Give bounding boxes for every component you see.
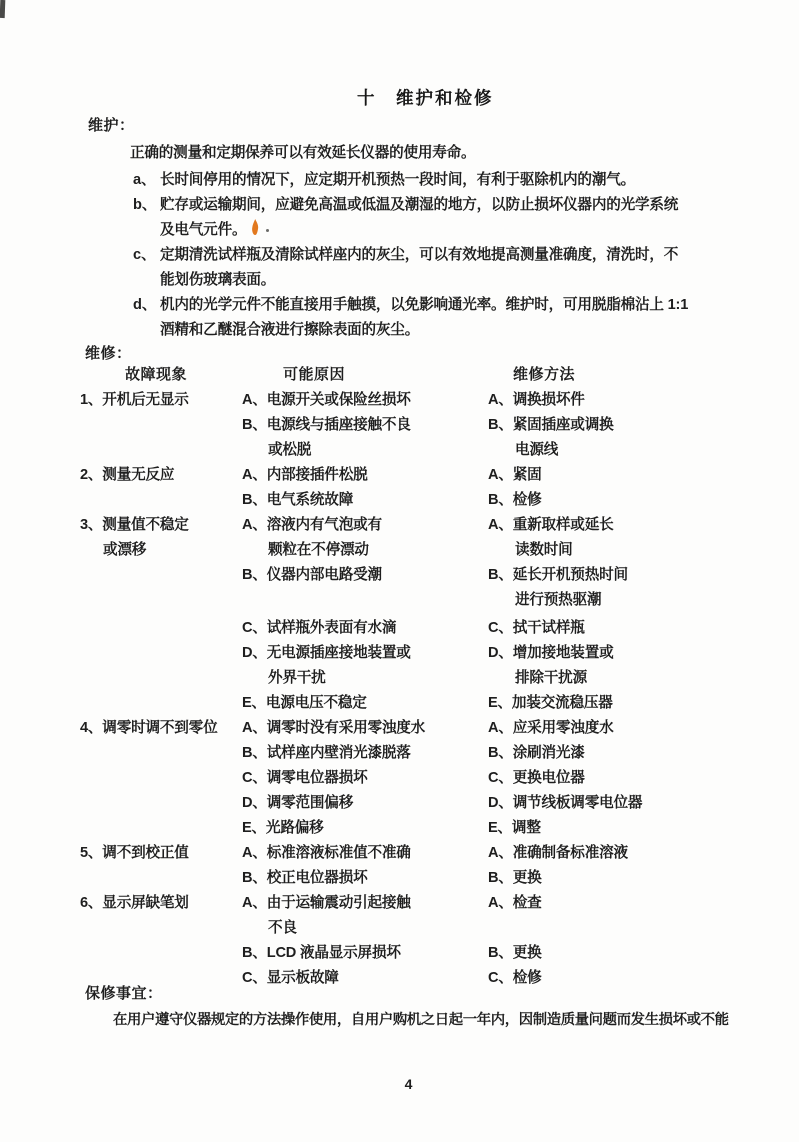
table-line: 6、显示屏缺笔划A、由于运输震动引起接触A、检查 <box>0 891 799 916</box>
repair-table: 1、开机后无显示A、电源开关或保险丝损坏A、调换损坏件B、电源线与插座接触不良B… <box>0 388 799 991</box>
fault-cell <box>80 588 242 613</box>
maintenance-item-a: a、长时间停用的情况下，应定期开机预热一段时间，有利于驱除机内的潮气。 <box>133 168 753 193</box>
cause-cell: D、无电源插座接地装置或 <box>242 641 488 666</box>
fault-cell: 4、调零时调不到零位 <box>80 716 242 741</box>
item-label: b、 <box>133 193 160 218</box>
fault-cell: 3、测量值不稳定 <box>80 513 242 538</box>
cause-cell: A、调零时没有采用零浊度水 <box>242 716 488 741</box>
cause-cell: B、电源线与插座接触不良 <box>242 413 488 438</box>
table-line: E、光路偏移E、调整 <box>0 816 799 841</box>
item-line: 长时间停用的情况下，应定期开机预热一段时间，有利于驱除机内的潮气。 <box>160 168 753 193</box>
table-line: B、仪器内部电路受潮B、延长开机预热时间 <box>0 563 799 588</box>
column-header-fault: 故障现象 <box>125 363 187 384</box>
fault-cell <box>80 691 242 716</box>
maintenance-item-c: c、定期清洗试样瓶及清除试样座内的灰尘，可以有效地提高测量准确度，清洗时，不能划… <box>133 243 753 293</box>
table-line: B、电气系统故障B、检修 <box>0 488 799 513</box>
cause-cell: B、校正电位器损坏 <box>242 866 488 891</box>
page-number: 4 <box>9 1076 799 1092</box>
maintenance-list: a、长时间停用的情况下，应定期开机预热一段时间，有利于驱除机内的潮气。b、贮存或… <box>133 168 753 343</box>
cause-cell: B、仪器内部电路受潮 <box>242 563 488 588</box>
table-line: 进行预热驱潮 <box>0 588 799 613</box>
fault-cell: 6、显示屏缺笔划 <box>80 891 242 916</box>
table-line: B、校正电位器损坏B、更换 <box>0 866 799 891</box>
method-cell: A、重新取样或延长 <box>488 513 799 538</box>
item-line: 机内的光学元件不能直接用手触摸，以免影响通光率。维护时，可用脱脂棉沾上 1:1 <box>160 293 753 318</box>
scan-artifact <box>0 0 5 18</box>
table-line: 外界干扰排除干扰源 <box>0 666 799 691</box>
item-label: d、 <box>133 293 160 318</box>
maintenance-item-b: b、贮存或运输期间，应避免高温或低温及潮湿的地方，以防止损坏仪器内的光学系统及电… <box>133 193 753 243</box>
table-line: 2、测量无反应A、内部接插件松脱A、紧固 <box>0 463 799 488</box>
fault-cell <box>80 563 242 588</box>
item-lines: 机内的光学元件不能直接用手触摸，以免影响通光率。维护时，可用脱脂棉沾上 1:1酒… <box>160 293 753 343</box>
warranty-heading: 保修事宜： <box>85 982 163 1003</box>
item-line: 酒精和乙醚混合液进行擦除表面的灰尘。 <box>160 318 753 343</box>
method-cell: A、检查 <box>488 891 799 916</box>
warranty-text: 在用户遵守仪器规定的方法操作使用，自用户购机之日起一年内，因制造质量问题而发生损… <box>113 1008 729 1029</box>
method-cell: E、调整 <box>488 816 799 841</box>
cause-cell: 外界干扰 <box>242 666 488 691</box>
method-cell: D、增加接地装置或 <box>488 641 799 666</box>
fault-cell <box>80 666 242 691</box>
method-cell: 电源线 <box>488 438 799 463</box>
cause-cell: E、光路偏移 <box>242 816 488 841</box>
repair-heading: 维修： <box>85 342 132 363</box>
fault-cell <box>80 941 242 966</box>
maintenance-item-d: d、机内的光学元件不能直接用手触摸，以免影响通光率。维护时，可用脱脂棉沾上 1:… <box>133 293 753 343</box>
item-line: 贮存或运输期间，应避免高温或低温及潮湿的地方，以防止损坏仪器内的光学系统 <box>160 193 753 218</box>
cause-cell: B、LCD 液晶显示屏损坏 <box>242 941 488 966</box>
method-cell: A、应采用零浊度水 <box>488 716 799 741</box>
table-line: 1、开机后无显示A、电源开关或保险丝损坏A、调换损坏件 <box>0 388 799 413</box>
fault-cell <box>80 413 242 438</box>
table-line: 3、测量值不稳定A、溶液内有气泡或有A、重新取样或延长 <box>0 513 799 538</box>
method-cell: B、更换 <box>488 941 799 966</box>
method-cell: A、准确制备标准溶液 <box>488 841 799 866</box>
column-header-method: 维修方法 <box>513 363 575 384</box>
cause-cell: 或松脱 <box>242 438 488 463</box>
cause-cell: 不良 <box>242 916 488 941</box>
item-line: 定期清洗试样瓶及清除试样座内的灰尘，可以有效地提高测量准确度，清洗时，不 <box>160 243 753 268</box>
item-lines: 定期清洗试样瓶及清除试样座内的灰尘，可以有效地提高测量准确度，清洗时，不能划伤玻… <box>160 243 753 293</box>
table-line: 5、调不到校正值A、标准溶液标准值不准确A、准确制备标准溶液 <box>0 841 799 866</box>
maintenance-intro: 正确的测量和定期保养可以有效延长仪器的使用寿命。 <box>130 141 475 162</box>
item-line: 能划伤玻璃表面。 <box>160 268 753 293</box>
cause-cell: C、显示板故障 <box>242 966 488 991</box>
table-line: C、试样瓶外表面有水滴C、拭干试样瓶 <box>0 616 799 641</box>
cause-cell <box>242 588 488 613</box>
scan-dot <box>266 229 269 232</box>
fault-cell <box>80 766 242 791</box>
fault-cell <box>80 488 242 513</box>
method-cell: C、拭干试样瓶 <box>488 616 799 641</box>
table-line: B、电源线与插座接触不良B、紧固插座或调换 <box>0 413 799 438</box>
fault-cell: 2、测量无反应 <box>80 463 242 488</box>
method-cell: D、调节线板调零电位器 <box>488 791 799 816</box>
cause-cell: A、内部接插件松脱 <box>242 463 488 488</box>
page-title: 十 维护和检修 <box>357 85 494 110</box>
fault-cell <box>80 916 242 941</box>
method-cell: 排除干扰源 <box>488 666 799 691</box>
table-line: E、电源电压不稳定E、加装交流稳压器 <box>0 691 799 716</box>
fault-cell: 1、开机后无显示 <box>80 388 242 413</box>
method-cell: B、紧固插座或调换 <box>488 413 799 438</box>
scanned-manual-page: 十 维护和检修 维护： 正确的测量和定期保养可以有效延长仪器的使用寿命。 a、长… <box>0 0 799 1142</box>
fault-cell <box>80 816 242 841</box>
cause-cell: B、试样座内壁消光漆脱落 <box>242 741 488 766</box>
table-line: B、试样座内壁消光漆脱落B、涂刷消光漆 <box>0 741 799 766</box>
cause-cell: 颗粒在不停漂动 <box>242 538 488 563</box>
cause-cell: C、试样瓶外表面有水滴 <box>242 616 488 641</box>
method-cell: A、紧固 <box>488 463 799 488</box>
table-line: D、调零范围偏移D、调节线板调零电位器 <box>0 791 799 816</box>
item-label: c、 <box>133 243 160 268</box>
fault-cell: 或漂移 <box>80 538 242 563</box>
method-cell: E、加装交流稳压器 <box>488 691 799 716</box>
table-line: 不良 <box>0 916 799 941</box>
cause-cell: B、电气系统故障 <box>242 488 488 513</box>
method-cell: B、更换 <box>488 866 799 891</box>
table-line: B、LCD 液晶显示屏损坏B、更换 <box>0 941 799 966</box>
maintenance-heading: 维护： <box>88 114 135 135</box>
cause-cell: A、标准溶液标准值不准确 <box>242 841 488 866</box>
cause-cell: A、电源开关或保险丝损坏 <box>242 388 488 413</box>
fault-cell <box>80 438 242 463</box>
fault-cell <box>80 791 242 816</box>
table-line: 或漂移颗粒在不停漂动读数时间 <box>0 538 799 563</box>
fault-cell <box>80 641 242 666</box>
item-lines: 贮存或运输期间，应避免高温或低温及潮湿的地方，以防止损坏仪器内的光学系统及电气元… <box>160 193 753 243</box>
method-cell: C、检修 <box>488 966 799 991</box>
cause-cell: C、调零电位器损坏 <box>242 766 488 791</box>
method-cell: B、延长开机预热时间 <box>488 563 799 588</box>
item-lines: 长时间停用的情况下，应定期开机预热一段时间，有利于驱除机内的潮气。 <box>160 168 753 193</box>
item-line: 及电气元件。 <box>160 218 753 243</box>
cause-cell: E、电源电压不稳定 <box>242 691 488 716</box>
fault-cell: 5、调不到校正值 <box>80 841 242 866</box>
method-cell <box>488 916 799 941</box>
method-cell: C、更换电位器 <box>488 766 799 791</box>
method-cell: 读数时间 <box>488 538 799 563</box>
method-cell: B、涂刷消光漆 <box>488 741 799 766</box>
table-line: 4、调零时调不到零位A、调零时没有采用零浊度水A、应采用零浊度水 <box>0 716 799 741</box>
table-line: C、调零电位器损坏C、更换电位器 <box>0 766 799 791</box>
cause-cell: D、调零范围偏移 <box>242 791 488 816</box>
fault-cell <box>80 616 242 641</box>
cause-cell: A、由于运输震动引起接触 <box>242 891 488 916</box>
fault-cell <box>80 866 242 891</box>
method-cell: A、调换损坏件 <box>488 388 799 413</box>
fault-cell <box>80 741 242 766</box>
table-line: D、无电源插座接地装置或D、增加接地装置或 <box>0 641 799 666</box>
cause-cell: A、溶液内有气泡或有 <box>242 513 488 538</box>
orange-pen-mark-icon <box>250 219 260 236</box>
table-line: 或松脱电源线 <box>0 438 799 463</box>
column-header-cause: 可能原因 <box>283 363 345 384</box>
method-cell: B、检修 <box>488 488 799 513</box>
method-cell: 进行预热驱潮 <box>488 588 799 613</box>
item-label: a、 <box>133 168 160 193</box>
